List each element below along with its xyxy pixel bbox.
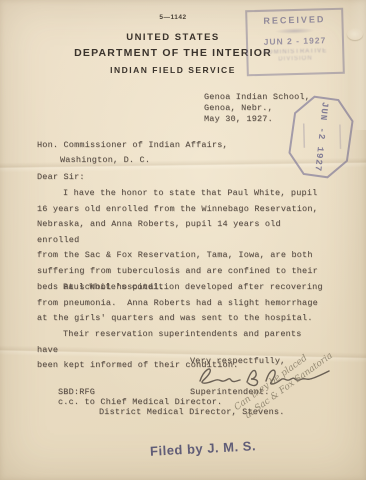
received-stamp-division-line2: DIVISION xyxy=(278,56,312,63)
recipient-address: Washington, D. C. xyxy=(60,155,150,165)
filed-stamp: Filed by J. M. S. xyxy=(150,438,257,459)
paper-tear-spot xyxy=(347,28,363,40)
received-stamp-smudge xyxy=(275,27,315,34)
received-stamp-label: RECEIVED xyxy=(263,14,325,26)
received-stamp-division-line1: ADMINISTRATIVE xyxy=(263,48,327,56)
received-stamp-date: JUN 2 - 1927 xyxy=(264,35,327,47)
octagon-date-stamp: JUN -2 1927 xyxy=(285,92,358,182)
cc-line-1: c.c. to Chief Medical Director. xyxy=(58,397,222,407)
salutation: Dear Sir: xyxy=(37,172,85,182)
body-paragraph-2: Paul White's condition developed after r… xyxy=(37,280,323,327)
recipient-name: Hon. Commissioner of Indian Affairs, xyxy=(37,140,228,150)
received-stamp: RECEIVED JUN 2 - 1927 ADMINISTRATIVE DIV… xyxy=(245,8,345,77)
reference-initials: SBD:RFG xyxy=(58,387,95,397)
scanned-letter-page: 5—1142 UNITED STATES DEPARTMENT OF THE I… xyxy=(0,0,366,480)
body-paragraph-1: I have the honor to state that Paul Whit… xyxy=(37,186,323,295)
